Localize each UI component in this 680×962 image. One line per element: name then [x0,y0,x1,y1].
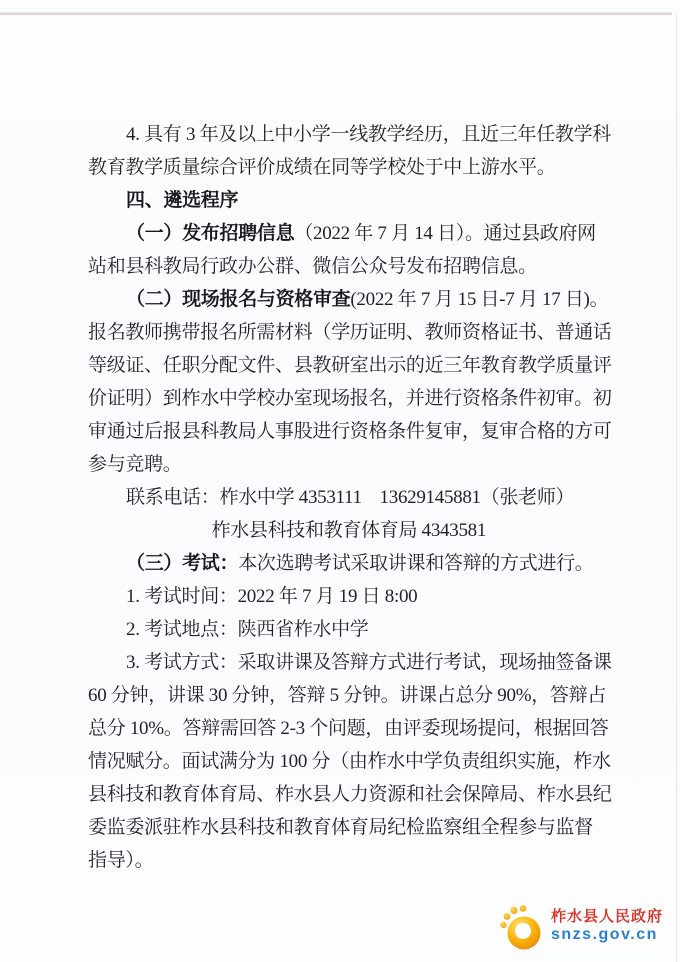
text-segment: 联系电话：柞水中学 4353111 13629145881（张老师） [126,487,574,508]
text-line: 指导）。 [88,844,608,877]
text-line: 等级证、任职分配文件、县教研室出示的近三年教育教学质量评 [88,349,608,382]
footer-logo-text: 柞水县人民政府 snzs.gov.cn [551,909,663,945]
text-line: 联系电话：柞水中学 4353111 13629145881（张老师） [88,481,608,514]
logo-website: snzs.gov.cn [551,926,663,944]
text-line: 2. 考试地点：陕西省柞水中学 [88,613,608,646]
text-segment-bold: （三）考试： [126,553,238,574]
text-segment: 教育教学质量综合评价成绩在同等学校处于中上游水平。 [88,157,556,178]
text-line: 1. 考试时间：2022 年 7 月 19 日 8:00 [88,580,608,613]
scan-right-edge-line [676,13,677,962]
text-line: 情况赋分。面试满分为 100 分（由柞水中学负责组织实施，柞水 [88,745,608,778]
logo-org-name: 柞水县人民政府 [551,909,663,926]
text-line: 柞水县科技和教育体育局 4343581 [88,514,608,547]
text-line: 四、遴选程序 [88,184,608,217]
text-segment: 审通过后报县科教局人事股进行资格条件复审，复审合格的方可 [88,421,612,442]
text-segment: 本次选聘考试采取讲课和答辩的方式进行。 [238,553,593,574]
text-segment-bold: （一）发布招聘信息 [126,223,294,244]
text-line: （一）发布招聘信息（2022 年 7 月 14 日）。通过县政府网 [88,217,608,250]
text-segment: 价证明）到柞水中学校办室现场报名，并进行资格条件初审。初 [88,388,612,409]
text-line: 县科技和教育体育局、柞水县人力资源和社会保障局、柞水县纪 [88,778,608,811]
scan-top-line [0,12,672,15]
document-page: 4. 具有 3 年及以上中小学一线教学经历，且近三年任教学科教育教学质量综合评价… [0,0,680,962]
text-segment: 情况赋分。面试满分为 100 分（由柞水中学负责组织实施，柞水 [88,751,611,772]
text-line: 审通过后报县科教局人事股进行资格条件复审，复审合格的方可 [88,415,608,448]
text-segment: 3. 考试方式：采取讲课及答辩方式进行考试，现场抽签备课 [126,652,612,673]
text-line: 教育教学质量综合评价成绩在同等学校处于中上游水平。 [88,151,608,184]
text-line: （二）现场报名与资格审查(2022 年 7 月 15 日-7 月 17 日)。 [88,283,608,316]
text-segment-bold: （二）现场报名与资格审查 [126,289,350,310]
text-line: （三）考试：本次选聘考试采取讲课和答辩的方式进行。 [88,547,608,580]
paw-footprint-icon [497,903,545,951]
text-segment: 报名教师携带报名所需材料（学历证明、教师资格证书、普通话 [88,322,612,343]
text-segment: 1. 考试时间：2022 年 7 月 19 日 8:00 [126,586,417,607]
text-segment: 2. 考试地点：陕西省柞水中学 [126,619,369,640]
text-line: 总分 10%。答辩需回答 2-3 个问题，由评委现场提问，根据回答 [88,712,608,745]
text-segment: 60 分钟，讲课 30 分钟，答辩 5 分钟。讲课占总分 90%，答辩占 [88,685,606,706]
text-segment: 等级证、任职分配文件、县教研室出示的近三年教育教学质量评 [88,355,612,376]
text-line: 3. 考试方式：采取讲课及答辩方式进行考试，现场抽签备课 [88,646,608,679]
text-segment: 总分 10%。答辩需回答 2-3 个问题，由评委现场提问，根据回答 [88,718,609,739]
text-segment: 委监委派驻柞水县科技和教育体育局纪检监察组全程参与监督 [88,817,593,838]
text-line: 价证明）到柞水中学校办室现场报名，并进行资格条件初审。初 [88,382,608,415]
text-segment: 4. 具有 3 年及以上中小学一线教学经历，且近三年任教学科 [126,124,611,145]
text-segment-bold: 四、遴选程序 [126,190,238,211]
text-segment: 指导）。 [88,850,153,871]
text-segment: 柞水县科技和教育体育局 4343581 [212,520,487,541]
text-segment: 站和县科教局行政办公群、微信公众号发布招聘信息。 [88,256,537,277]
text-segment: (2022 年 7 月 15 日-7 月 17 日)。 [350,289,608,310]
document-body: 4. 具有 3 年及以上中小学一线教学经历，且近三年任教学科教育教学质量综合评价… [88,118,608,877]
text-segment: 参与竞聘。 [88,454,182,475]
text-segment: 县科技和教育体育局、柞水县人力资源和社会保障局、柞水县纪 [88,784,612,805]
text-segment: （2022 年 7 月 14 日）。通过县政府网 [294,223,596,244]
text-line: 参与竞聘。 [88,448,608,481]
text-line: 委监委派驻柞水县科技和教育体育局纪检监察组全程参与监督 [88,811,608,844]
footer-logo: 柞水县人民政府 snzs.gov.cn [497,899,663,954]
text-line: 报名教师携带报名所需材料（学历证明、教师资格证书、普通话 [88,316,608,349]
text-line: 4. 具有 3 年及以上中小学一线教学经历，且近三年任教学科 [88,118,608,151]
text-line: 60 分钟，讲课 30 分钟，答辩 5 分钟。讲课占总分 90%，答辩占 [88,679,608,712]
text-line: 站和县科教局行政办公群、微信公众号发布招聘信息。 [88,250,608,283]
